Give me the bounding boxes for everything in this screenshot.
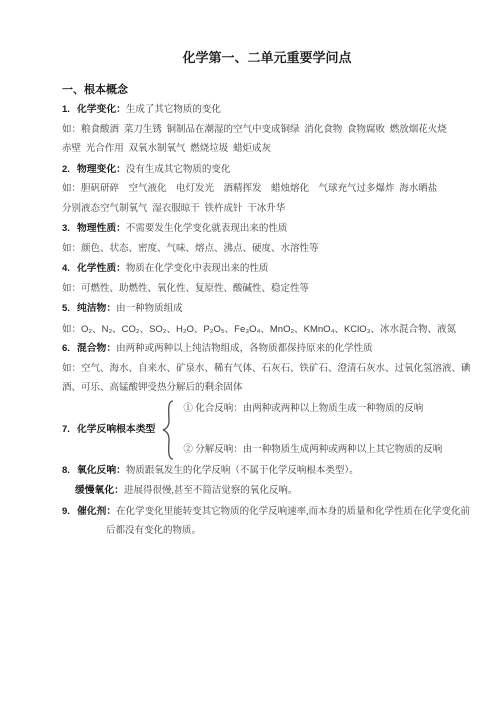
item-term: 化学变化：: [77, 104, 126, 115]
left-brace-icon: [161, 400, 175, 460]
item-term: 化学性质：: [77, 263, 126, 274]
item-term: 物理变化：: [77, 164, 126, 175]
formula-line: 如：O₂、N₂、CO₂、SO₂、H₂O、P₂O₅、Fe₃O₄、MnO₂、KMnO…: [62, 320, 472, 340]
item-definition: 没有生成其它物质的变化: [126, 165, 231, 175]
sub-item-definition: 进展得很慢,甚至不简洁觉察的氧化反响。: [124, 486, 297, 496]
sub-item: 缓慢氧化：进展得很慢,甚至不简洁觉察的氧化反响。: [62, 481, 472, 502]
example-line: 如：粮食酸酒 菜刀生锈 铜制品在潮湿的空气中变成铜绿 消化食物 食物腐败 燃放烟…: [62, 121, 472, 141]
definition-continuation: 后都没有变化的物质。: [62, 522, 472, 542]
item-number: 8.: [62, 465, 70, 476]
list-item: 4.化学性质：物质在化学变化中表现出来的性质: [62, 259, 472, 280]
list-item: 8.氧化反响：物质跟氧发生的化学反响（不属于化学反响根本类型）。: [62, 461, 472, 482]
item-number: 4.: [62, 263, 70, 274]
example-line: 如：颜色、状态、密度、气味、熔点、沸点、硬度、水溶性等: [62, 240, 472, 260]
item-term: 纯洁物：: [77, 303, 116, 314]
list-item: 6.混合物：由两种或两种以上纯洁物组成，各物质都保持原来的化学性质: [62, 339, 472, 360]
example-line: 赤壁 光合作用 双氧水制氧气 燃烧垃圾 蜡炬成灰: [62, 140, 472, 160]
sub-item-term: 缓慢氧化：: [75, 485, 124, 496]
example-line: 分别液态空气制氧气 湿衣服晾干 铁杵成针 干冰升华: [62, 200, 472, 220]
branch-line-decomposition: ② 分解反响：由一种物质生成两种或两种以上其它物质的反响: [183, 444, 442, 456]
item-definition: 由一种物质组成: [116, 304, 183, 314]
item-definition: 由两种或两种以上纯洁物组成，各物质都保持原来的化学性质: [116, 344, 373, 354]
item-definition: 不需要发生化学变化就表现出来的性质: [126, 224, 288, 234]
example-line: 如：胆矾研碎 空气液化 电灯发光 酒精挥发 蜡烛熔化 气球充气过多爆炸 海水晒盐: [62, 180, 472, 200]
item-term: 物理性质：: [77, 223, 126, 234]
item-term: 混合物：: [77, 343, 116, 354]
item-definition: 生成了其它物质的变化: [126, 105, 221, 115]
item-definition: 物质跟氧发生的化学反响（不属于化学反响根本类型）。: [126, 466, 359, 476]
item-definition: 在化学变化里能转变其它物质的化学反响速率,而本身的质量和化学性质在化学变化前: [116, 507, 470, 517]
branch-list: ① 化合反响：由两种或两种以上物质生成一种物质的反响 ② 分解反响：由一种物质生…: [183, 403, 442, 456]
list-item: 3.物理性质：不需要发生化学变化就表现出来的性质: [62, 219, 472, 240]
item-label: 7.化学反响根本类型: [62, 424, 155, 436]
document-page: 化学第一、二单元重要学问点 一、根本概念 1.化学变化：生成了其它物质的变化 如…: [0, 0, 500, 707]
item-term: 化学反响根本类型: [77, 424, 155, 435]
item-term: 催化剂：: [77, 506, 116, 517]
list-item-reaction-types: 7.化学反响根本类型 ① 化合反响：由两种或两种以上物质生成一种物质的反响 ② …: [62, 399, 472, 461]
example-line: 如：空气、海水、自来水、矿泉水、稀有气体、石灰石、铁矿石、澄清石灰水、过氧化氢溶…: [62, 360, 472, 380]
item-number: 7.: [62, 424, 70, 435]
section-heading: 一、根本概念: [62, 80, 472, 100]
item-term: 氧化反响：: [77, 465, 126, 476]
page-title: 化学第一、二单元重要学问点: [62, 48, 472, 68]
item-number: 5.: [62, 303, 70, 314]
item-number: 9.: [62, 506, 70, 517]
example-line: 如：可燃性、助燃性、氧化性、复原性、酸碱性、稳定性等: [62, 280, 472, 300]
item-number: 2.: [62, 164, 70, 175]
document-content: 化学第一、二单元重要学问点 一、根本概念 1.化学变化：生成了其它物质的变化 如…: [0, 0, 500, 542]
list-item: 1.化学变化：生成了其它物质的变化: [62, 100, 472, 121]
branch-line-combination: ① 化合反响：由两种或两种以上物质生成一种物质的反响: [183, 403, 442, 415]
list-item: 5.纯洁物：由一种物质组成: [62, 299, 472, 320]
list-item: 9.催化剂：在化学变化里能转变其它物质的化学反响速率,而本身的质量和化学性质在化…: [62, 502, 472, 523]
list-item: 2.物理变化：没有生成其它物质的变化: [62, 160, 472, 181]
item-number: 3.: [62, 223, 70, 234]
item-number: 6.: [62, 343, 70, 354]
example-line: 酒、可乐、高锰酸钾受热分解后的剩余固体: [62, 379, 472, 399]
item-definition: 物质在化学变化中表现出来的性质: [126, 264, 269, 274]
item-number: 1.: [62, 104, 70, 115]
